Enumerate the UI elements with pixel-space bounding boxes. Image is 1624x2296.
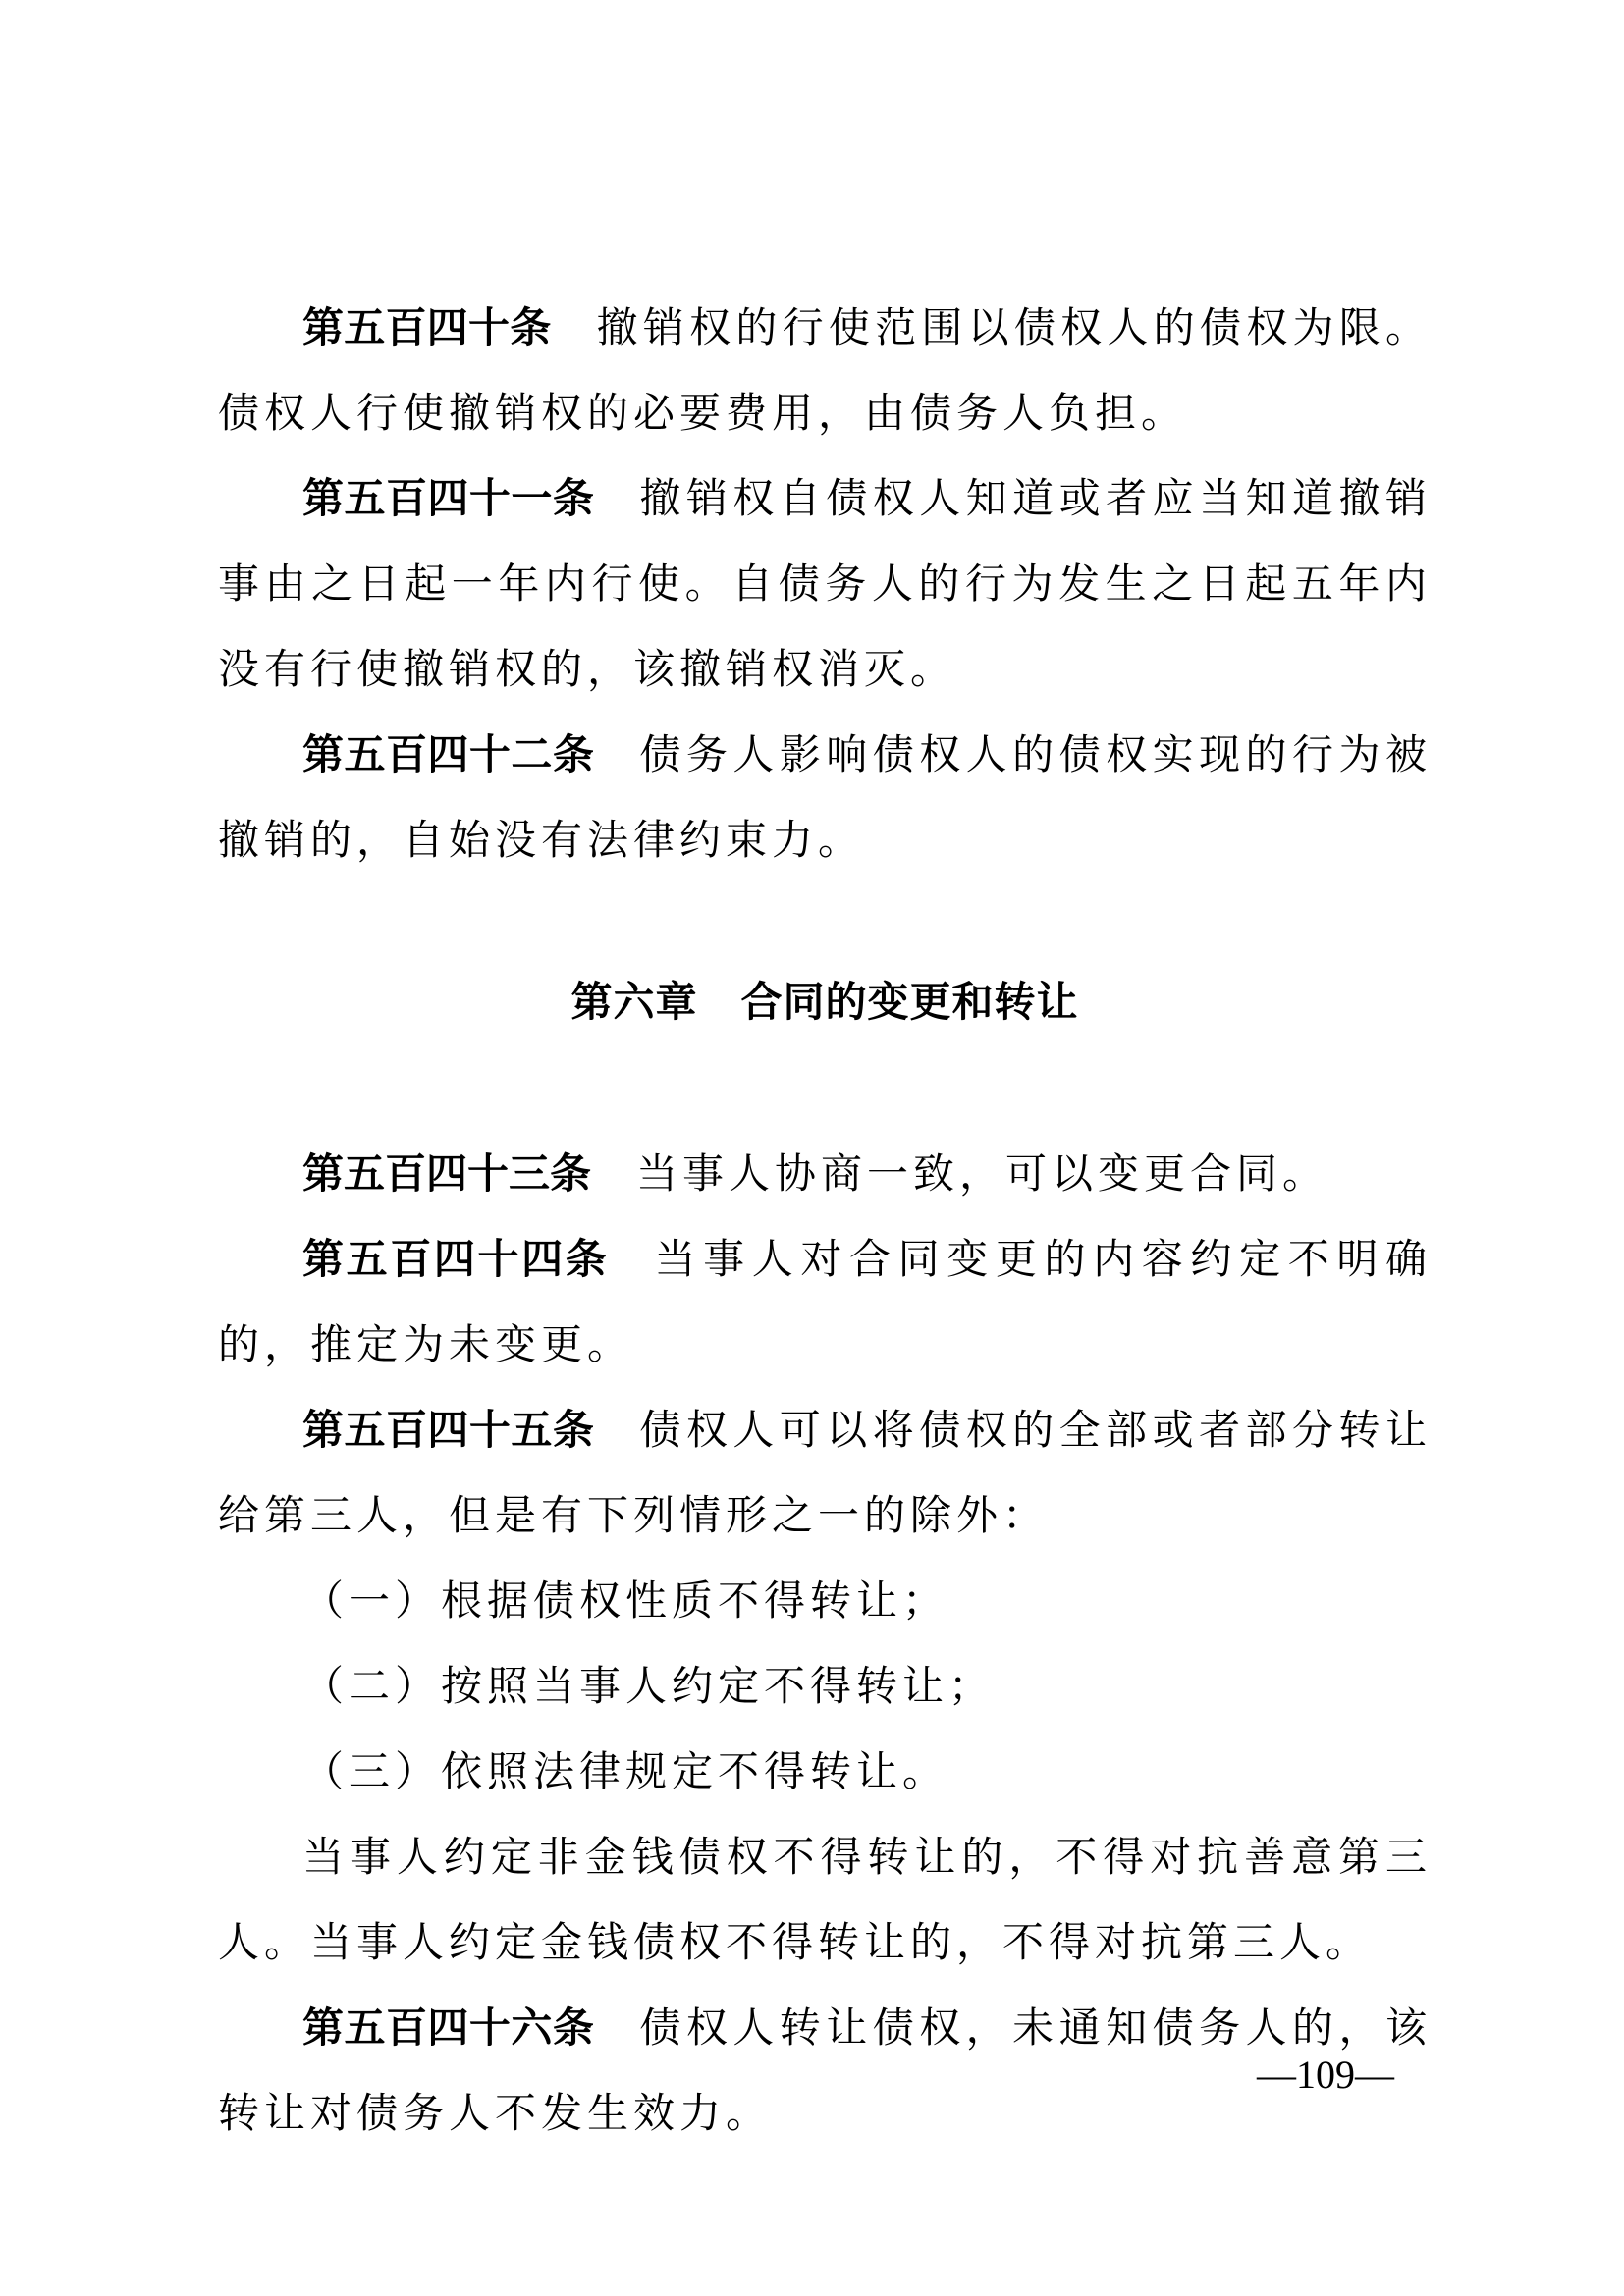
article-545-item-3: （三）依照法律规定不得转让。 xyxy=(218,1729,1432,1814)
article-541: 第五百四十一条撤销权自债权人知道或者应当知道撤销事由之日起一年内行使。自债务人的… xyxy=(218,455,1432,712)
chapter-number: 第六章 xyxy=(570,978,697,1026)
article-number: 第五百四十五条 xyxy=(302,1406,594,1454)
article-number: 第五百四十一条 xyxy=(302,474,594,522)
article-number: 第五百四十条 xyxy=(302,303,552,351)
article-text: 当事人协商一致，可以变更合同。 xyxy=(636,1149,1328,1198)
article-543: 第五百四十三条当事人协商一致，可以变更合同。 xyxy=(218,1131,1432,1216)
article-545-closing: 当事人约定非金钱债权不得转让的，不得对抗善意第三人。当事人约定金钱债权不得转让的… xyxy=(218,1814,1432,1985)
article-number: 第五百四十二条 xyxy=(302,730,594,778)
article-546: 第五百四十六条债权人转让债权，未通知债务人的，该转让对债务人不发生效力。 xyxy=(218,1985,1432,2156)
article-540: 第五百四十条撤销权的行使范围以债权人的债权为限。债权人行使撤销权的必要费用，由债… xyxy=(218,285,1432,455)
article-number: 第五百四十六条 xyxy=(302,2003,594,2052)
article-545: 第五百四十五条债权人可以将债权的全部或者部分转让给第三人，但是有下列情形之一的除… xyxy=(218,1387,1432,1558)
article-544: 第五百四十四条当事人对合同变更的内容约定不明确的，推定为未变更。 xyxy=(218,1216,1432,1387)
chapter-title: 合同的变更和转让 xyxy=(741,978,1079,1026)
chapter-heading: 第六章合同的变更和转让 xyxy=(218,959,1432,1044)
article-542: 第五百四十二条债务人影响债权人的债权实现的行为被撤销的，自始没有法律约束力。 xyxy=(218,712,1432,882)
article-number: 第五百四十四条 xyxy=(302,1235,609,1283)
article-545-item-1: （一）根据债权性质不得转让； xyxy=(218,1558,1432,1643)
article-number: 第五百四十三条 xyxy=(302,1149,591,1198)
page-number: —109— xyxy=(1257,2052,1394,2098)
article-545-item-2: （二）按照当事人约定不得转让； xyxy=(218,1643,1432,1729)
page-content: 第五百四十条撤销权的行使范围以债权人的债权为限。债权人行使撤销权的必要费用，由债… xyxy=(218,285,1432,2156)
